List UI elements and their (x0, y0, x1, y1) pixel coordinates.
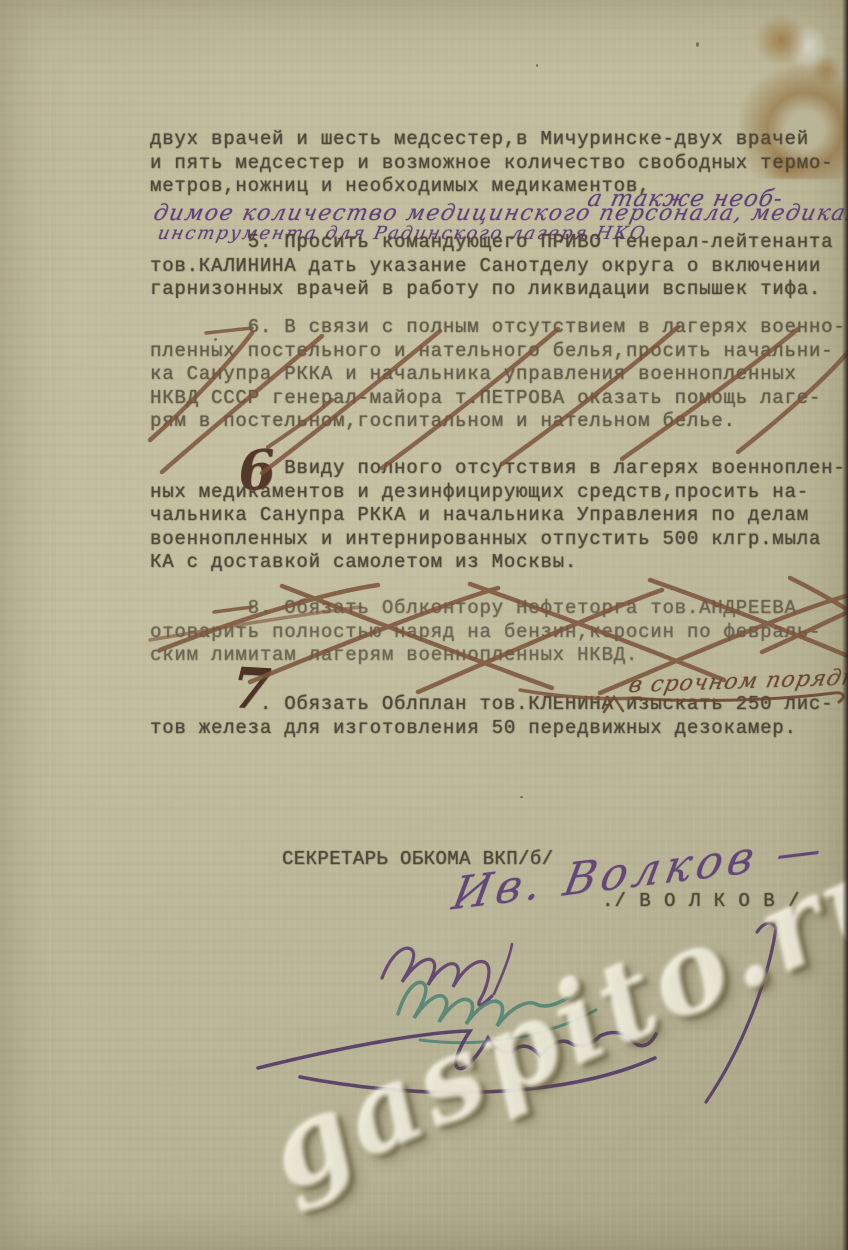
document-scan-page: двух врачей и шесть медсестер,в Мичуринс… (0, 0, 848, 1250)
typed-line: чальника Санупра РККА и начальника Управ… (150, 504, 846, 528)
typed-line: военнопленных и интернированных отпустит… (150, 528, 846, 552)
paper-speck (536, 64, 538, 67)
signature-4 (258, 923, 776, 1102)
typed-line: пленных постельного и нательного белья,п… (150, 340, 846, 364)
typed-line: НКВД СССР генерал-майора т.ПЕТРОВА оказа… (150, 387, 846, 411)
signature-3 (398, 982, 596, 1042)
paragraph-6-crossed: 6. В связи с полным отсутствием в лагеря… (150, 316, 846, 434)
paper-speck (696, 42, 699, 47)
paragraph-5: 5. Просить командующего ПРИВО генерал-ле… (150, 231, 833, 302)
paragraph-7: . Обязать Облплан тов.КЛЕНИНА изыскать 2… (150, 693, 833, 740)
typed-line: отоварить полностью наряд на бензин,керо… (150, 621, 821, 645)
typed-line: тов.КАЛИНИНА дать указание Санотделу окр… (150, 255, 833, 279)
scan-edge-shadow (842, 0, 848, 1250)
typed-line: . Ввиду полного отсутствия в лагерях вое… (150, 457, 846, 481)
typed-line: ных медикаментов и дезинфицирующих средс… (150, 481, 846, 505)
typed-line: двух врачей и шесть медсестер,в Мичуринс… (150, 128, 833, 152)
typed-line: 6. В связи с полным отсутствием в лагеря… (150, 316, 846, 340)
typed-line: рям в постельном,госпитальном и нательно… (150, 410, 846, 434)
typed-line: тов железа для изготовления 50 передвижн… (150, 717, 833, 741)
typed-line: КА с доставкой самолетом из Москвы. (150, 551, 846, 575)
paper-speck (520, 796, 523, 798)
typed-line: 8. Обязать Облконтору Нефтеторга тов.АНД… (150, 597, 821, 621)
typed-line: ка Санупра РККА и начальника управления … (150, 363, 846, 387)
typed-line: 5. Просить командующего ПРИВО генерал-ле… (150, 231, 833, 255)
signature-2 (382, 944, 512, 1005)
typed-line: гарнизонных врачей в работу по ликвидаци… (150, 278, 833, 302)
paragraph-6: . Ввиду полного отсутствия в лагерях вое… (150, 457, 846, 575)
typed-line: и пять медсестер и возможное количество … (150, 152, 833, 176)
typed-line: . Обязать Облплан тов.КЛЕНИНА изыскать 2… (150, 693, 833, 717)
